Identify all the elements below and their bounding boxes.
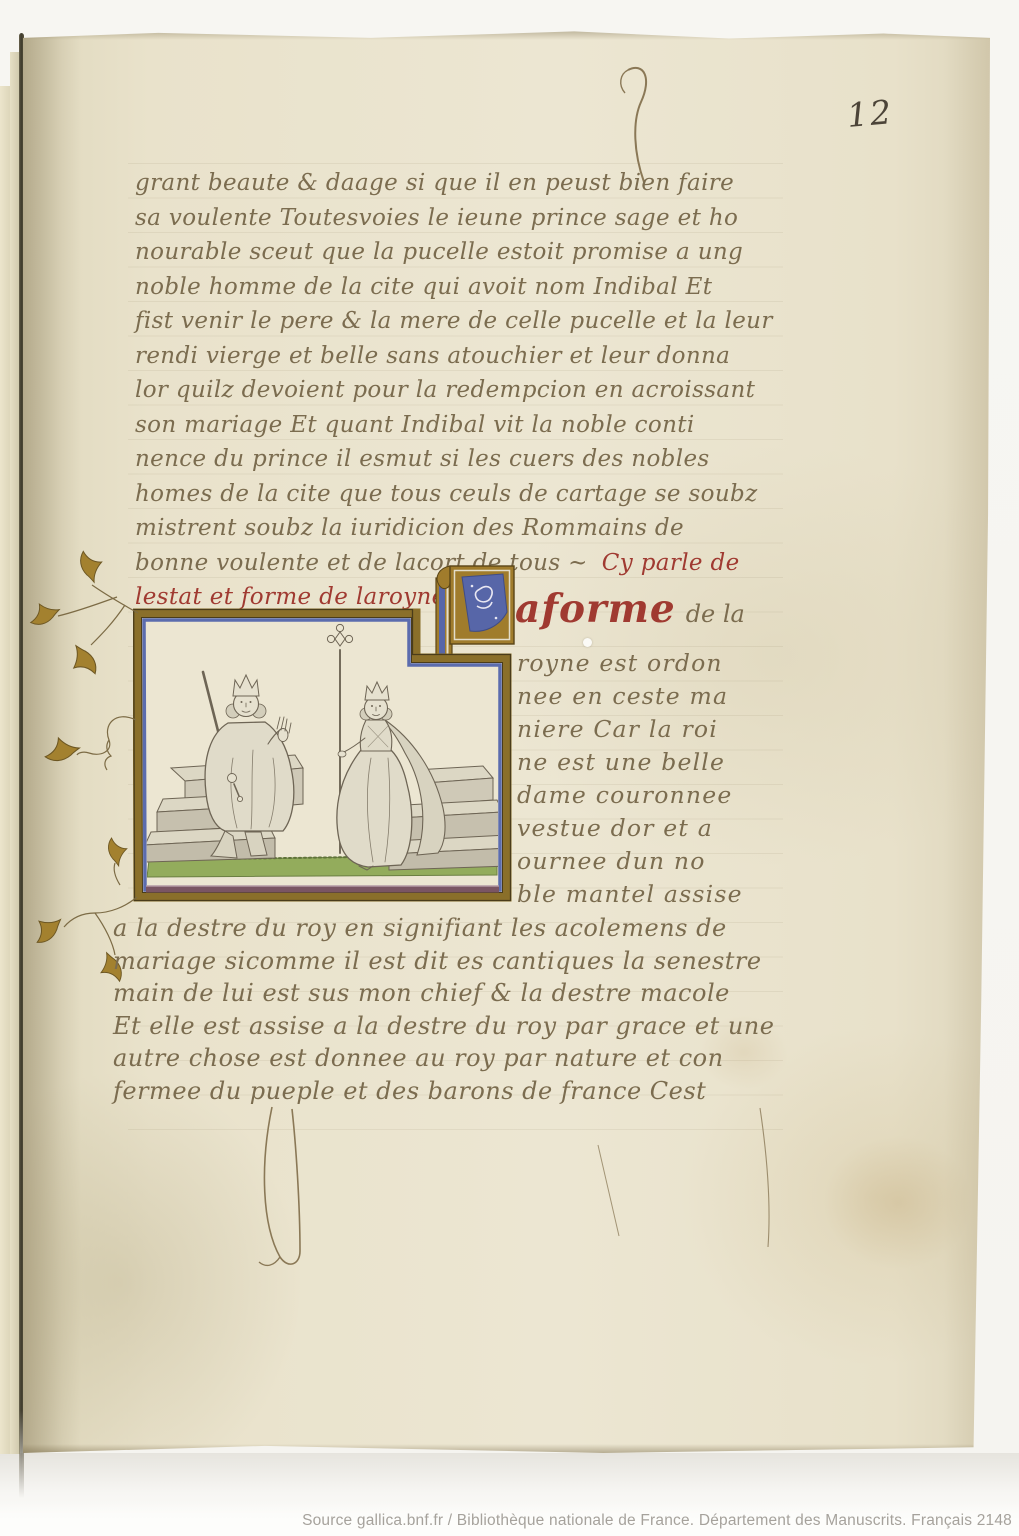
text-line: nence du prince il esmut si les cuers de…	[135, 442, 773, 477]
text-line: dame couronnee	[517, 779, 743, 812]
text-line: son mariage Et quant Indibal vit la nobl…	[135, 408, 773, 443]
footer-source-bar: Source gallica.bnf.fr / Bibliothèque nat…	[0, 1502, 1019, 1536]
parchment-flaw	[583, 638, 592, 647]
text-line: noble homme de la cite qui avoit nom Ind…	[135, 270, 773, 305]
text-line: autre chose est donnee au roy par nature…	[113, 1042, 774, 1075]
text-line: bonne voulente et de lacort de tous ~	[135, 550, 588, 576]
text-line: ne est une belle	[517, 746, 743, 779]
opening-words: aformede la	[515, 586, 745, 632]
text-line: ble mantel assise	[517, 878, 743, 911]
text-line: nee en ceste ma	[517, 680, 743, 713]
bottom-text-block: a la destre du roy en signifiant les aco…	[113, 912, 774, 1107]
text-line: sa voulente Toutesvoies le ieune prince …	[135, 201, 773, 236]
page-bottom-edge	[23, 1444, 990, 1453]
manuscript-page: 12 grant beaute & daage si que il en peu…	[23, 30, 990, 1453]
under-page-edge	[0, 86, 10, 1454]
miniature-king-and-queen	[133, 608, 512, 902]
opening-word-tail: de la	[686, 600, 745, 628]
king-raised-hand	[278, 729, 288, 742]
text-line: grant beaute & daage si que il en peust …	[135, 166, 773, 201]
text-line: rendi vierge et belle sans atouchier et …	[135, 339, 773, 374]
text-line: homes de la cite que tous ceuls de carta…	[135, 477, 773, 512]
text-line: nourable sceut que la pucelle estoit pro…	[135, 235, 773, 270]
source-text: Source gallica.bnf.fr / Bibliothèque nat…	[302, 1512, 1012, 1530]
folio-number: 12	[845, 92, 894, 135]
opening-word-red: aforme	[515, 586, 676, 632]
manuscript-scan: 12 grant beaute & daage si que il en peu…	[0, 0, 1019, 1536]
rubric-start: Cy parle de	[602, 550, 740, 576]
text-line: vestue dor et a	[517, 812, 743, 845]
parchment-stain	[823, 1135, 973, 1270]
text-line: ournee dun no	[517, 845, 743, 878]
text-line: mistrent soubz la iuridicion des Rommain…	[135, 511, 773, 546]
text-line: mariage sicomme il est dit es cantiques …	[113, 945, 774, 978]
text-line: a la destre du roy en signifiant les aco…	[113, 912, 774, 945]
text-line: main de lui est sus mon chief & la destr…	[113, 977, 774, 1010]
main-text-block: grant beaute & daage si que il en peust …	[135, 166, 773, 615]
text-line: fist venir le pere & la mere de celle pu…	[135, 304, 773, 339]
queen-hand	[338, 751, 346, 757]
pen-flourish-icon	[230, 1095, 790, 1285]
column-text-block: royne est ordon nee en ceste ma niere Ca…	[517, 647, 743, 911]
text-line: niere Car la roi	[517, 713, 743, 746]
text-line: lor quilz devoient pour la redempcion en…	[135, 373, 773, 408]
text-line: royne est ordon	[517, 647, 743, 680]
page-top-edge	[23, 30, 990, 40]
text-line: Et elle est assise a la destre du roy pa…	[113, 1010, 774, 1043]
